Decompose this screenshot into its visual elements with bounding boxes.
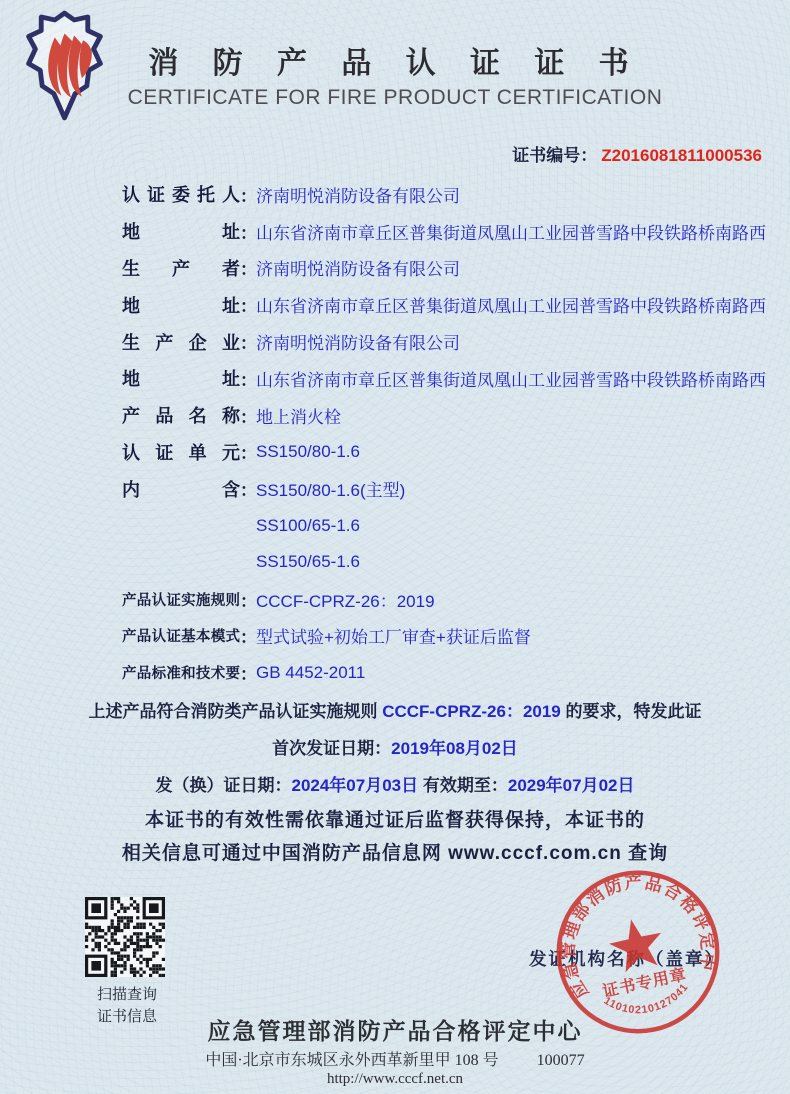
reissue-date: 2024年07月03日 — [291, 771, 418, 796]
certificate-fields: 认证委托人：济南明悦消防设备有限公司 地址：山东省济南市章丘区普集街道凤凰山工业… — [0, 176, 790, 868]
field-value: 型式试验+初始工厂审查+获证后监督 — [256, 623, 531, 648]
first-issue-label: 首次发证日期： — [272, 734, 391, 759]
field-value: SS150/65-1.6 — [256, 552, 360, 572]
field-row-address-2: 地址：山东省济南市章丘区普集街道凤凰山工业园普雪路中段铁路桥南路西 — [0, 286, 790, 323]
colon: ： — [240, 587, 256, 612]
field-value: 山东省济南市章丘区普集街道凤凰山工业园普雪路中段铁路桥南路西 — [256, 219, 766, 244]
field-label: 认证委托人 — [122, 181, 240, 207]
field-row-product-name: 产品名称：地上消火栓 — [0, 397, 790, 434]
field-row-manufacturer: 生产企业：济南明悦消防设备有限公司 — [0, 323, 790, 360]
field-row-applicant: 认证委托人：济南明悦消防设备有限公司 — [0, 176, 790, 213]
field-row-address-1: 地址：山东省济南市章丘区普集街道凤凰山工业园普雪路中段铁路桥南路西 — [0, 213, 790, 250]
field-row-included-main: 内含：SS150/80-1.6(主型) — [0, 470, 790, 507]
field-value: 济南明悦消防设备有限公司 — [256, 182, 460, 207]
field-row-included-2: SS100/65-1.6 — [0, 507, 790, 544]
colon: ： — [240, 292, 256, 317]
field-row-cert-mode: 产品认证基本模式：型式试验+初始工厂审查+获证后监督 — [0, 618, 790, 655]
certificate-subtitle: CERTIFICATE FOR FIRE PRODUCT CERTIFICATI… — [0, 86, 790, 110]
validity-notice-line1: 本证书的有效性需依靠通过证后监督获得保持，本证书的 — [0, 802, 790, 835]
colon: ： — [240, 439, 256, 464]
field-label: 产品认证基本模式 — [122, 625, 240, 646]
statement-rule-code: CCCF-CPRZ-26：2019 — [382, 697, 561, 722]
field-value: SS150/80-1.6 — [256, 442, 360, 462]
field-label: 产品认证实施规则 — [122, 589, 240, 610]
colon: ： — [240, 366, 256, 391]
conformity-statement: 上述产品符合消防类产品认证实施规则 CCCF-CPRZ-26：2019 的要求，… — [0, 691, 790, 728]
organization-address: 中国·北京市东城区永外西革新里甲 108 号 — [205, 1052, 498, 1069]
field-row-producer: 生产者：济南明悦消防设备有限公司 — [0, 250, 790, 287]
field-label: 地址 — [122, 292, 240, 318]
qr-caption-line1: 扫描查询 — [97, 984, 195, 1006]
field-value: 地上消火栓 — [256, 403, 341, 428]
organization-url: http://www.cccf.net.cn — [0, 1071, 790, 1088]
colon: ： — [240, 660, 256, 685]
field-value: 山东省济南市章丘区普集街道凤凰山工业园普雪路中段铁路桥南路西 — [256, 366, 766, 391]
field-label: 地址 — [122, 218, 240, 244]
statement-suffix: 的要求，特发此证 — [561, 697, 702, 722]
field-row-standard: 产品标准和技术要：GB 4452-2011 — [0, 654, 790, 691]
reissue-date-line: 发（换）证日期：2024年07月03日 有效期至：2029年07月02日 — [0, 765, 790, 802]
certificate-number-line: 证书编号：Z2016081811000536 — [512, 141, 762, 166]
first-issue-date: 2019年08月02日 — [391, 734, 518, 759]
colon: ： — [240, 182, 256, 207]
valid-until-label: 有效期至： — [418, 771, 508, 796]
field-label: 生产企业 — [122, 329, 240, 355]
field-value: SS150/80-1.6(主型) — [256, 476, 405, 501]
colon: ： — [240, 329, 256, 354]
colon: ： — [240, 255, 256, 280]
star-icon — [605, 914, 667, 974]
field-label: 地址 — [122, 365, 240, 391]
certificate-seal-icon: 应急管理部消防产品合格评定中心 证书专用章 11010210127041 — [531, 845, 744, 1058]
field-value: 济南明悦消防设备有限公司 — [256, 255, 460, 280]
certificate-number-label: 证书编号： — [512, 146, 597, 165]
qr-code-icon — [85, 897, 165, 977]
reissue-label: 发（换）证日期： — [155, 771, 291, 796]
field-value: CCCF-CPRZ-26：2019 — [256, 587, 435, 612]
certificate-number-value: Z2016081811000536 — [601, 146, 762, 165]
field-label: 产品标准和技术要 — [122, 662, 240, 683]
field-value: 济南明悦消防设备有限公司 — [256, 329, 460, 354]
statement-prefix: 上述产品符合消防类产品认证实施规则 — [88, 697, 382, 722]
valid-until-date: 2029年07月02日 — [508, 771, 635, 796]
colon: ： — [240, 623, 256, 648]
first-issue-date-line: 首次发证日期：2019年08月02日 — [0, 728, 790, 765]
colon: ： — [240, 476, 256, 501]
field-row-impl-rule: 产品认证实施规则：CCCF-CPRZ-26：2019 — [0, 581, 790, 618]
field-row-cert-unit: 认证单元：SS150/80-1.6 — [0, 434, 790, 471]
field-label: 生产者 — [122, 255, 240, 281]
qr-block: 扫描查询 证书信息 — [85, 897, 195, 1028]
field-value: SS100/65-1.6 — [256, 516, 360, 536]
colon: ： — [240, 219, 256, 244]
field-value: 山东省济南市章丘区普集街道凤凰山工业园普雪路中段铁路桥南路西 — [256, 292, 766, 317]
colon: ： — [240, 403, 256, 428]
certificate-title: 消 防 产 品 认 证 证 书 — [0, 38, 790, 82]
certificate-page: 消 防 产 品 认 证 证 书 CERTIFICATE FOR FIRE PRO… — [0, 0, 790, 1094]
organization-address-line: 中国·北京市东城区永外西革新里甲 108 号100077 — [0, 1047, 790, 1070]
field-label: 内含 — [122, 476, 240, 502]
field-value: GB 4452-2011 — [256, 663, 365, 683]
field-label: 认证单元 — [122, 439, 240, 465]
field-label: 产品名称 — [122, 402, 240, 428]
field-row-address-3: 地址：山东省济南市章丘区普集街道凤凰山工业园普雪路中段铁路桥南路西 — [0, 360, 790, 397]
field-row-included-3: SS150/65-1.6 — [0, 544, 790, 581]
